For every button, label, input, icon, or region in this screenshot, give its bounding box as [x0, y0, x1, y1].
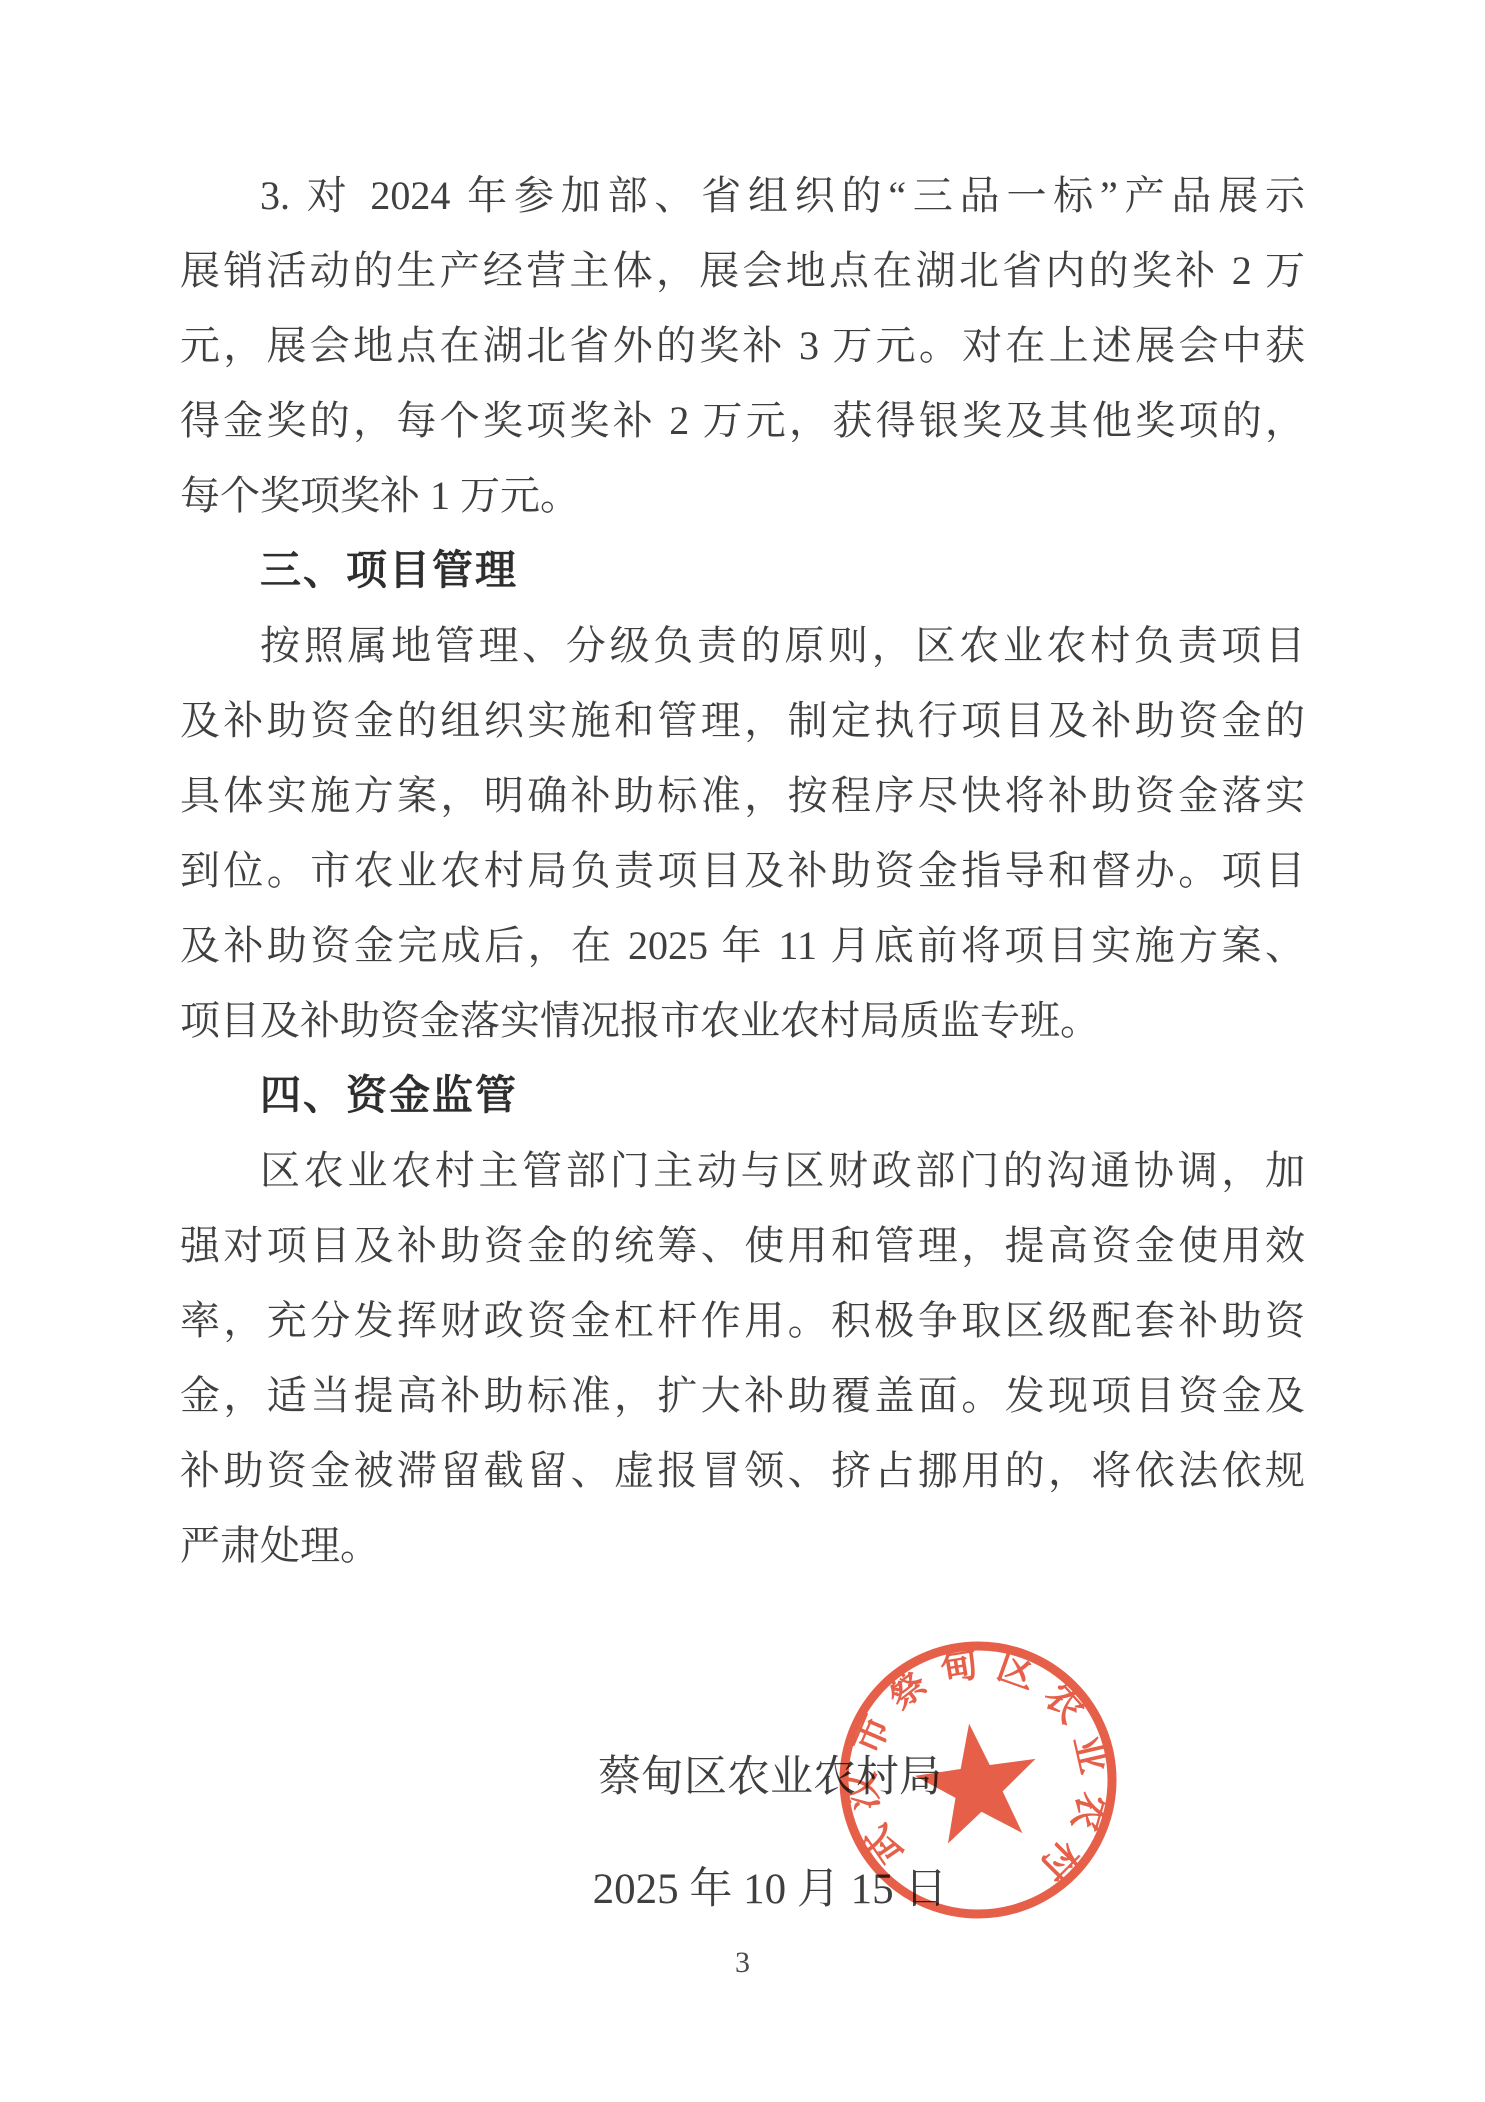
document-body: 3. 对 2024 年参加部、省组织的“三品一标”产品展示展销活动的生产经营主体…	[180, 158, 1305, 1583]
page-number: 3	[0, 1946, 1485, 1980]
text-line: 到位。市农业农村局负责项目及补助资金指导和督办。项目	[180, 833, 1305, 908]
text-line: 区农业农村主管部门主动与区财政部门的沟通协调，加	[180, 1133, 1305, 1208]
document-page: 3. 对 2024 年参加部、省组织的“三品一标”产品展示展销活动的生产经营主体…	[0, 0, 1485, 2102]
seal-star-icon	[909, 1715, 1046, 1847]
text-line: 严肃处理。	[180, 1508, 1305, 1583]
text-line: 得金奖的，每个奖项奖补 2 万元，获得银奖及其他奖项的，	[180, 383, 1305, 458]
text-line: 及补助资金完成后，在 2025 年 11 月底前将项目实施方案、	[180, 908, 1305, 983]
text-line: 每个奖项奖补 1 万元。	[180, 458, 1305, 533]
text-line: 元，展会地点在湖北省外的奖补 3 万元。对在上述展会中获	[180, 308, 1305, 383]
text-line: 及补助资金的组织实施和管理，制定执行项目及补助资金的	[180, 683, 1305, 758]
section-heading: 四、资金监管	[180, 1058, 1305, 1133]
section-heading: 三、项目管理	[180, 533, 1305, 608]
official-seal: 武汉市蔡甸区农业农村局	[834, 1636, 1122, 1924]
text-line: 展销活动的生产经营主体，展会地点在湖北省内的奖补 2 万	[180, 233, 1305, 308]
text-line: 3. 对 2024 年参加部、省组织的“三品一标”产品展示	[180, 158, 1305, 233]
text-line: 项目及补助资金落实情况报市农业农村局质监专班。	[180, 983, 1305, 1058]
text-line: 率，充分发挥财政资金杠杆作用。积极争取区级配套补助资	[180, 1283, 1305, 1358]
text-line: 具体实施方案，明确补助标准，按程序尽快将补助资金落实	[180, 758, 1305, 833]
text-line: 补助资金被滞留截留、虚报冒领、挤占挪用的，将依法依规	[180, 1433, 1305, 1508]
text-line: 强对项目及补助资金的统筹、使用和管理，提高资金使用效	[180, 1208, 1305, 1283]
text-line: 按照属地管理、分级负责的原则，区农业农村负责项目	[180, 608, 1305, 683]
text-line: 金，适当提高补助标准，扩大补助覆盖面。发现项目资金及	[180, 1358, 1305, 1433]
